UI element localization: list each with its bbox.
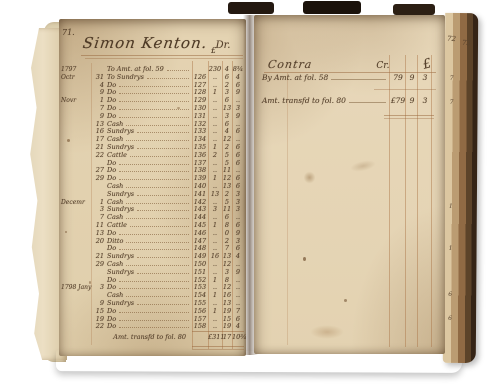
ledger-row: 21Sundrys14916134 bbox=[61, 252, 244, 260]
page-number-left: 71. bbox=[62, 28, 75, 37]
ledger-row: Decemr1Cash142..53 bbox=[61, 198, 244, 206]
description-cell: Do bbox=[107, 96, 116, 104]
folio-cell: 140 bbox=[192, 182, 208, 190]
dotted-leader bbox=[119, 179, 189, 180]
dotted-leader bbox=[137, 210, 189, 211]
day-cell: 9 bbox=[91, 299, 107, 307]
day-cell: 21 bbox=[91, 252, 107, 260]
pounds-cell: 13 bbox=[208, 190, 222, 198]
pence-cell: 3 bbox=[418, 73, 432, 82]
edge-digit: 1 bbox=[449, 203, 453, 210]
pounds-cell: .. bbox=[208, 159, 222, 167]
folio-cell: 135 bbox=[192, 143, 208, 151]
title-rule bbox=[85, 58, 243, 59]
pounds-cell: .. bbox=[208, 73, 222, 81]
folio-cell: 146 bbox=[192, 229, 208, 237]
description-cell: Do bbox=[107, 88, 116, 96]
edge-digit: 7 bbox=[450, 99, 454, 106]
folio-cell: 150 bbox=[192, 260, 208, 268]
folio-cell: 156 bbox=[192, 307, 208, 315]
day-cell: 15 bbox=[91, 307, 107, 315]
description-cell: By Amt. at fol. 58 bbox=[262, 73, 328, 82]
left-page: 71. Simon Kenton.Dr. £ 1797To Amt. at fo… bbox=[59, 19, 246, 356]
edge-digit: 1 bbox=[449, 245, 453, 252]
ledger-row: Do137..56 bbox=[61, 159, 244, 167]
account-title: Simon Kenton.Dr. bbox=[83, 33, 230, 52]
folio-cell: 139 bbox=[192, 174, 208, 182]
description-cell: Do bbox=[107, 112, 116, 120]
margin-rule bbox=[287, 73, 288, 345]
total-double-rule bbox=[192, 346, 244, 347]
dotted-leader bbox=[119, 312, 189, 313]
right-entries: By Amt. at fol. 587993Amt. transfd to fo… bbox=[262, 73, 432, 107]
dotted-leader bbox=[137, 132, 189, 133]
dotted-leader bbox=[119, 281, 189, 282]
ledger-row: 22Do158..194 bbox=[61, 322, 244, 330]
shillings-cell: 6 bbox=[222, 213, 232, 221]
shillings-cell: 12 bbox=[222, 135, 232, 143]
title-rule bbox=[81, 55, 243, 56]
dotted-leader bbox=[137, 148, 189, 149]
pounds-cell: 230 bbox=[208, 65, 222, 73]
description-cell: Sundrys bbox=[107, 143, 134, 151]
shillings-cell: 12 bbox=[222, 260, 232, 268]
day-cell: 21 bbox=[91, 143, 107, 151]
pounds-cell: .. bbox=[208, 198, 222, 206]
left-entries: 1797To Amt. at fol. 5923048¾Octr31To Sun… bbox=[61, 65, 244, 330]
pounds-cell: .. bbox=[208, 213, 222, 221]
dotted-leader bbox=[119, 171, 189, 172]
description-cell: Do bbox=[107, 174, 116, 182]
folio-cell: 130 bbox=[192, 104, 208, 112]
dotted-leader bbox=[126, 140, 189, 141]
day-cell: 1 bbox=[91, 96, 107, 104]
pounds-cell: 1 bbox=[208, 174, 222, 182]
torn-binding-tab bbox=[303, 1, 361, 14]
description-cell: Cattle bbox=[107, 151, 127, 159]
description-cell: Cash bbox=[107, 135, 123, 143]
ledger-row: 13Do146..09 bbox=[61, 229, 244, 237]
shillings-cell: 2 bbox=[222, 143, 232, 151]
pounds-cell: .. bbox=[208, 96, 222, 104]
description-cell: Amt. transfd to fol. 80 bbox=[262, 96, 346, 105]
pounds-cell: .. bbox=[208, 315, 222, 323]
contra-title: Contra bbox=[267, 58, 313, 71]
ledger-row: 22Cattle136256 bbox=[61, 151, 244, 159]
pounds-cell: 2 bbox=[208, 151, 222, 159]
shillings-cell: 0 bbox=[222, 229, 232, 237]
ledger-row: Sundrys1411323 bbox=[61, 190, 244, 198]
carry-forward-label: Amt. transfd to fol. 80 bbox=[61, 333, 192, 341]
day-cell: 17 bbox=[91, 135, 107, 143]
pounds-cell: 16 bbox=[208, 252, 222, 260]
carry-forward-row: Amt. transfd to fol. 80 £311 17 10¾ bbox=[61, 333, 244, 341]
day-cell: 22 bbox=[91, 151, 107, 159]
dotted-leader bbox=[119, 109, 189, 110]
ledger-row: Novr1Do129..6.. bbox=[61, 96, 244, 104]
ledger-row: 15Do1561197 bbox=[61, 307, 244, 315]
contra-header: Contra Cr. £ bbox=[268, 57, 438, 72]
shillings-cell: 9 bbox=[406, 96, 418, 105]
pounds-cell: 1 bbox=[208, 276, 222, 284]
shillings-cell: 3 bbox=[222, 112, 232, 120]
shillings-total: 17 bbox=[222, 333, 232, 341]
dotted-leader bbox=[119, 234, 189, 235]
pounds-cell: .. bbox=[208, 120, 222, 128]
dotted-leader bbox=[137, 304, 189, 305]
ledger-row: 13Cash132..6.. bbox=[61, 120, 244, 128]
shillings-cell: 13 bbox=[222, 182, 232, 190]
pounds-cell: 1 bbox=[208, 291, 222, 299]
description-cell: Do bbox=[107, 276, 116, 284]
pence-cell: 3 bbox=[418, 96, 432, 105]
edge-digit: 7 bbox=[450, 75, 454, 82]
shillings-cell: 13 bbox=[222, 104, 232, 112]
month-cell: 1798 Jany bbox=[61, 284, 91, 291]
description-cell: Do bbox=[107, 322, 116, 330]
description-cell: Cash bbox=[107, 260, 123, 268]
ledger-row: 29Cash150..12.. bbox=[61, 260, 244, 268]
dotted-leader bbox=[126, 265, 189, 266]
pounds-cell: .. bbox=[208, 104, 222, 112]
pound-column-mark: £ bbox=[211, 46, 216, 55]
shillings-cell: 19 bbox=[222, 322, 232, 330]
ledger-row: 27Do138..11.. bbox=[61, 166, 244, 174]
dotted-leader bbox=[137, 273, 189, 274]
debit-label: Dr. bbox=[216, 40, 231, 51]
description-cell: Ditto bbox=[107, 237, 123, 245]
ledger-row: 11Cattle145186 bbox=[61, 221, 244, 229]
pounds-cell: .. bbox=[208, 322, 222, 330]
shillings-cell: 19 bbox=[222, 307, 232, 315]
folio-cell: 126 bbox=[192, 73, 208, 81]
ledger-row: Cash154116.. bbox=[61, 291, 244, 299]
pounds-cell: .. bbox=[208, 135, 222, 143]
page-number-next-leaf: 73 bbox=[462, 39, 472, 48]
ledger-row: Cash140..136 bbox=[61, 182, 244, 190]
shillings-cell: 6 bbox=[222, 73, 232, 81]
foxing-speck bbox=[177, 107, 180, 109]
description-cell: Sundrys bbox=[107, 252, 134, 260]
description-cell: Do bbox=[107, 81, 116, 89]
day-cell: 13 bbox=[91, 229, 107, 237]
dotted-leader bbox=[130, 226, 189, 227]
description-cell: Sundrys bbox=[107, 190, 134, 198]
dotted-leader bbox=[126, 187, 189, 188]
folio-cell: 134 bbox=[192, 135, 208, 143]
shillings-cell: 2 bbox=[222, 237, 232, 245]
smudge-stain bbox=[349, 158, 377, 173]
shillings-cell: 3 bbox=[222, 88, 232, 96]
day-cell: 4 bbox=[91, 81, 107, 89]
ledger-row: 1798 Jany3Do153..12.. bbox=[61, 283, 244, 291]
day-cell: 31 bbox=[91, 73, 107, 81]
day-cell: 19 bbox=[91, 315, 107, 323]
folio-cell: 131 bbox=[192, 112, 208, 120]
day-cell: 29 bbox=[91, 260, 107, 268]
folio-cell: 149 bbox=[192, 252, 208, 260]
pounds-cell: .. bbox=[208, 112, 222, 120]
account-holder-name: Simon Kenton. bbox=[82, 34, 209, 52]
folio-cell: 151 bbox=[192, 268, 208, 276]
shillings-cell: 2 bbox=[222, 81, 232, 89]
shillings-cell: 16 bbox=[222, 291, 232, 299]
ink-stain bbox=[304, 171, 315, 184]
dotted-leader bbox=[130, 156, 189, 157]
pounds-cell: £79 bbox=[390, 96, 406, 105]
folio-cell: 145 bbox=[192, 221, 208, 229]
month-cell: Decemr bbox=[61, 199, 91, 206]
day-cell: 22 bbox=[91, 322, 107, 330]
edge-digit: 6 bbox=[448, 315, 452, 322]
month-cell: 1797 bbox=[61, 66, 91, 73]
pounds-cell: 1 bbox=[208, 307, 222, 315]
day-cell: 27 bbox=[91, 166, 107, 174]
ledger-row: 29Do1391126 bbox=[61, 174, 244, 182]
foxing-speck bbox=[67, 139, 70, 142]
pounds-cell: 3 bbox=[208, 205, 222, 213]
shillings-cell: 4 bbox=[222, 65, 232, 73]
day-cell: 11 bbox=[91, 221, 107, 229]
month-cell: Octr bbox=[61, 74, 91, 81]
right-page-edge-stack: 72 73 771166 bbox=[443, 13, 478, 363]
ledger-row: 7Do130..133 bbox=[61, 104, 244, 112]
folio-cell: 136 bbox=[192, 151, 208, 159]
dotted-leader bbox=[126, 203, 189, 204]
folio-cell: 154 bbox=[192, 291, 208, 299]
page-number-next-leaf: 72 bbox=[447, 35, 457, 44]
shillings-cell: 6 bbox=[222, 96, 232, 104]
folio-cell: 158 bbox=[192, 322, 208, 330]
shillings-cell: 13 bbox=[222, 299, 232, 307]
pounds-cell: 79 bbox=[390, 73, 406, 82]
ledger-row: 1797To Amt. at fol. 5923048¾ bbox=[61, 65, 244, 73]
pounds-cell: .. bbox=[208, 182, 222, 190]
day-cell: 9 bbox=[91, 112, 107, 120]
description-cell: Do bbox=[107, 166, 116, 174]
right-page: Contra Cr. £ By Amt. at fol. 587993Amt. … bbox=[254, 15, 445, 354]
pounds-cell: .. bbox=[208, 268, 222, 276]
description-cell: Do bbox=[107, 307, 116, 315]
ledger-row: By Amt. at fol. 587993 bbox=[262, 73, 432, 84]
ledger-row: 16Sundrys133..46 bbox=[61, 127, 244, 135]
dotted-leader bbox=[119, 117, 189, 118]
ledger-row: 9Sundrys155..13.. bbox=[61, 299, 244, 307]
dotted-leader bbox=[126, 296, 189, 297]
shillings-cell: 13 bbox=[222, 252, 232, 260]
day-cell: 3 bbox=[91, 283, 107, 291]
dotted-leader bbox=[119, 101, 189, 102]
dotted-leader bbox=[147, 78, 189, 79]
description-cell: Do bbox=[107, 229, 116, 237]
total-double-rule bbox=[384, 118, 434, 119]
ledger-row: Octr31To Sundrys126..64 bbox=[61, 73, 244, 81]
pounds-cell: .. bbox=[208, 237, 222, 245]
dotted-leader bbox=[137, 195, 189, 196]
pounds-cell: 1 bbox=[208, 88, 222, 96]
ledger-row: 21Sundrys135126 bbox=[61, 143, 244, 151]
day-cell: 7 bbox=[91, 104, 107, 112]
pounds-cell: 1 bbox=[208, 143, 222, 151]
day-cell: 7 bbox=[91, 213, 107, 221]
total-double-rule bbox=[384, 115, 434, 116]
torn-binding-tab bbox=[393, 4, 435, 15]
dotted-leader bbox=[126, 125, 189, 126]
ledger-row: 17Cash134..12.. bbox=[61, 135, 244, 143]
ledger-row: Do148..76 bbox=[61, 244, 244, 252]
folio-cell: 144 bbox=[192, 213, 208, 221]
ledger-row: Amt. transfd to fol. 80£7993 bbox=[262, 96, 432, 107]
total-double-rule bbox=[192, 349, 244, 350]
shillings-cell: 8 bbox=[222, 221, 232, 229]
pounds-total: £311 bbox=[208, 333, 222, 341]
pounds-cell: .. bbox=[208, 299, 222, 307]
credit-label: Cr. bbox=[376, 61, 389, 71]
shillings-cell: 12 bbox=[222, 174, 232, 182]
folio-cell: 155 bbox=[192, 299, 208, 307]
shillings-cell: 5 bbox=[222, 151, 232, 159]
ledger-row: 20Ditto147..23 bbox=[61, 237, 244, 245]
description-cell: Cash bbox=[107, 213, 123, 221]
shillings-cell: 11 bbox=[222, 205, 232, 213]
description-cell: Cash bbox=[107, 182, 123, 190]
pounds-cell: 1 bbox=[208, 221, 222, 229]
shillings-cell: 2 bbox=[222, 190, 232, 198]
pounds-cell: .. bbox=[208, 127, 222, 135]
day-cell: 9 bbox=[91, 88, 107, 96]
dash-leader bbox=[349, 102, 386, 103]
description-cell: Do bbox=[107, 104, 116, 112]
description-cell: Sundrys bbox=[107, 268, 134, 276]
torn-binding-tab bbox=[228, 2, 274, 14]
day-cell: 29 bbox=[91, 174, 107, 182]
dotted-leader bbox=[119, 93, 189, 94]
description-cell: Cash bbox=[107, 291, 123, 299]
tea-stain bbox=[310, 325, 344, 339]
folio-cell: 129 bbox=[192, 96, 208, 104]
dotted-leader bbox=[126, 218, 189, 219]
dotted-leader bbox=[119, 249, 189, 250]
ledger-photograph: 72 73 771166 71. Simon Kenton.Dr. £ 1797… bbox=[0, 0, 500, 389]
shillings-cell: 9 bbox=[406, 73, 418, 82]
folio-cell: 141 bbox=[192, 190, 208, 198]
ledger-row: 9Do128139 bbox=[61, 88, 244, 96]
description-cell: Do bbox=[107, 315, 116, 323]
pounds-cell: .. bbox=[208, 260, 222, 268]
dash-leader bbox=[331, 79, 386, 80]
foxing-speck bbox=[65, 231, 67, 233]
month-cell: Novr bbox=[61, 97, 91, 104]
dotted-leader bbox=[137, 257, 189, 258]
ledger-row: 9Do131..39 bbox=[61, 112, 244, 120]
dotted-leader bbox=[126, 242, 189, 243]
description-cell: Do bbox=[107, 159, 116, 167]
ledger-row: 19Do157..156 bbox=[61, 315, 244, 323]
edge-digit: 6 bbox=[448, 291, 452, 298]
total-rule bbox=[192, 331, 244, 332]
dotted-leader bbox=[119, 86, 189, 87]
dotted-leader bbox=[119, 288, 189, 289]
day-cell: 20 bbox=[91, 237, 107, 245]
ink-speck bbox=[344, 299, 347, 302]
pounds-cell: .. bbox=[208, 229, 222, 237]
ledger-row: 3Sundrys1433113 bbox=[61, 205, 244, 213]
shillings-cell: 3 bbox=[222, 268, 232, 276]
ledger-row: Sundrys151..39 bbox=[61, 268, 244, 276]
dotted-leader bbox=[119, 320, 189, 321]
description-cell: Sundrys bbox=[107, 299, 134, 307]
description-cell: Cattle bbox=[107, 221, 127, 229]
day-cell: 1 bbox=[91, 198, 107, 206]
dotted-leader bbox=[119, 164, 189, 165]
dotted-leader bbox=[167, 70, 189, 71]
ledger-row: 7Cash144..6.. bbox=[61, 213, 244, 221]
description-cell: To Amt. at fol. 59 bbox=[107, 65, 164, 73]
day-cell: 3 bbox=[91, 205, 107, 213]
ink-speck bbox=[303, 257, 306, 261]
dotted-leader bbox=[119, 327, 189, 328]
foxing-speck bbox=[89, 281, 91, 284]
description-cell: To Sundrys bbox=[107, 73, 144, 81]
